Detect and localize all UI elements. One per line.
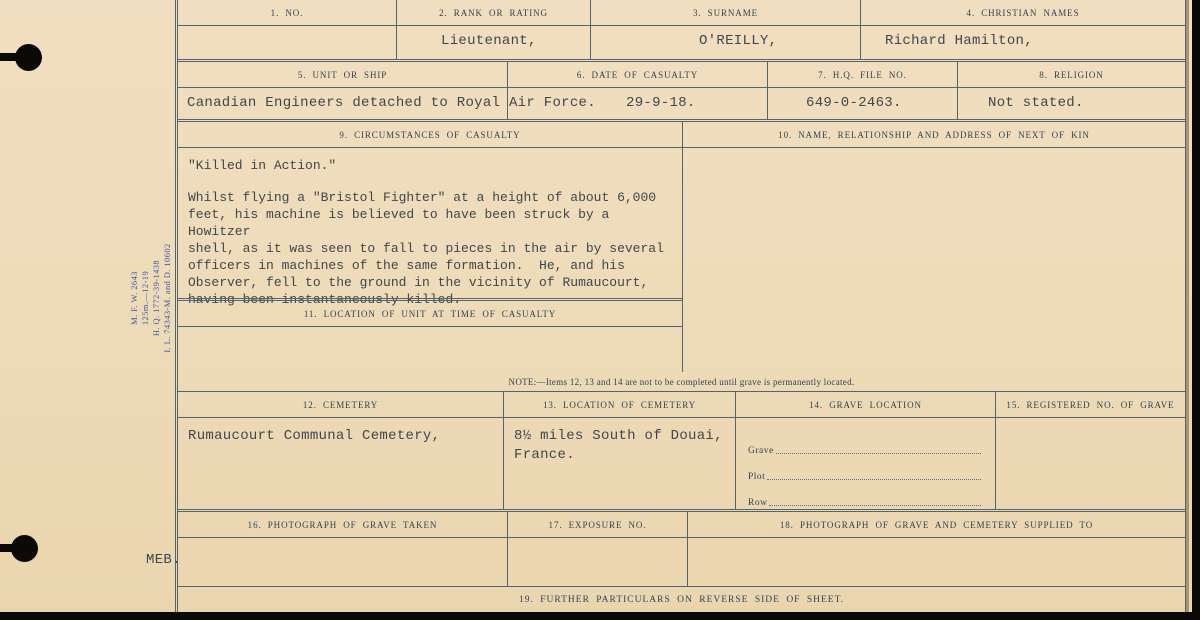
field-unit-location: 11. LOCATION OF UNIT AT TIME OF CASUALTY xyxy=(178,298,682,372)
form-row-photograph: 16. PHOTOGRAPH OF GRAVE TAKEN 17. EXPOSU… xyxy=(178,512,1185,586)
field-cemetery-location-value: 8½ miles South of Douai, France. xyxy=(514,428,723,463)
field-exposure-no-label: 17. EXPOSURE NO. xyxy=(508,512,687,538)
form-row-circumstances: 9. CIRCUMSTANCES OF CASUALTY "Killed in … xyxy=(178,122,1185,372)
scan-edge-right xyxy=(1192,0,1200,620)
punch-hole-top xyxy=(15,44,42,71)
field-unit-label: 5. UNIT OR SHIP xyxy=(178,62,507,88)
field-cemetery-location-label: 13. LOCATION OF CEMETERY xyxy=(504,392,735,418)
field-date-label: 6. DATE OF CASUALTY xyxy=(508,62,767,88)
grave-word: Grave xyxy=(748,446,774,456)
stamp-line: 125m.—12-19 xyxy=(140,228,151,368)
field-christian-names-label: 4. CHRISTIAN NAMES xyxy=(861,0,1185,26)
field-cemetery: 12. CEMETERY Rumaucourt Communal Cemeter… xyxy=(178,392,504,509)
grave-note: NOTE:—Items 12, 13 and 14 are not to be … xyxy=(178,372,1185,392)
field-date-value: 29-9-18. xyxy=(508,88,696,111)
punch-stem xyxy=(0,544,15,552)
field-hq-file-label: 7. H.Q. FILE NO. xyxy=(768,62,957,88)
stamp-line: H. Q. 1772-39-1438 xyxy=(151,228,162,368)
field-grave-location: 14. GRAVE LOCATION Grave Plot Row xyxy=(736,392,996,509)
scanned-casualty-card: M. F. W. 2643 125m.—12-19 H. Q. 1772-39-… xyxy=(0,0,1200,620)
field-registered-grave-no-value xyxy=(996,418,1185,509)
field-religion-value: Not stated. xyxy=(958,88,1084,111)
field-photo-taken: 16. PHOTOGRAPH OF GRAVE TAKEN xyxy=(178,512,508,586)
field-grave-location-label: 14. GRAVE LOCATION xyxy=(736,392,995,418)
field-exposure-no: 17. EXPOSURE NO. xyxy=(508,512,688,586)
circumstances-text: Whilst flying a "Bristol Fighter" at a h… xyxy=(188,189,674,308)
field-photo-taken-label: 16. PHOTOGRAPH OF GRAVE TAKEN xyxy=(178,512,507,538)
stamp-line: I. L. 74343-M. and D. 10602 xyxy=(162,228,173,368)
field-no: 1. NO. xyxy=(178,0,397,59)
punch-stem xyxy=(0,53,19,61)
field-surname-label: 3. SURNAME xyxy=(591,0,860,26)
form-row-cemetery: 12. CEMETERY Rumaucourt Communal Cemeter… xyxy=(178,392,1185,512)
card-edge xyxy=(1186,0,1189,620)
field-unit-location-value xyxy=(178,327,682,372)
field-rank-label: 2. RANK OR RATING xyxy=(397,0,590,26)
dotted-fill-line xyxy=(767,479,981,480)
field-no-value xyxy=(178,32,198,39)
field-unit-location-label: 11. LOCATION OF UNIT AT TIME OF CASUALTY xyxy=(178,301,682,327)
field-unit: 5. UNIT OR SHIP Canadian Engineers detac… xyxy=(178,62,508,119)
field-next-of-kin-value xyxy=(683,148,1185,372)
dotted-fill-line xyxy=(769,505,981,506)
field-surname: 3. SURNAME O'REILLY, xyxy=(591,0,861,59)
field-circumstances-label: 9. CIRCUMSTANCES OF CASUALTY xyxy=(178,122,682,148)
field-hq-file-no: 7. H.Q. FILE NO. 649-0-2463. xyxy=(768,62,958,119)
punch-hole-bottom xyxy=(11,535,38,562)
form-footer: 19. FURTHER PARTICULARS ON REVERSE SIDE … xyxy=(178,586,1185,612)
field-no-label: 1. NO. xyxy=(178,0,396,26)
circumstances-quote: "Killed in Action." xyxy=(188,158,674,173)
field-photo-supplied-to-label: 18. PHOTOGRAPH OF GRAVE AND CEMETERY SUP… xyxy=(688,512,1185,538)
stamp-line: M. F. W. 2643 xyxy=(129,228,140,368)
field-rank-value: Lieutenant, xyxy=(397,26,537,49)
field-religion: 8. RELIGION Not stated. xyxy=(958,62,1185,119)
field-cemetery-value: Rumaucourt Communal Cemetery, xyxy=(188,428,440,444)
scan-edge-bottom xyxy=(0,612,1200,620)
field-photo-supplied-to: 18. PHOTOGRAPH OF GRAVE AND CEMETERY SUP… xyxy=(688,512,1185,586)
field-christian-names-value: Richard Hamilton, xyxy=(861,26,1033,49)
form-row-identity: 1. NO. 2. RANK OR RATING Lieutenant, 3. … xyxy=(178,0,1185,62)
field-circumstances: 9. CIRCUMSTANCES OF CASUALTY "Killed in … xyxy=(178,122,683,372)
field-religion-label: 8. RELIGION xyxy=(958,62,1185,88)
dotted-fill-line xyxy=(776,453,981,454)
grave-location-row: Grave xyxy=(748,430,985,456)
field-hq-file-value: 649-0-2463. xyxy=(768,88,902,111)
row-word: Row xyxy=(748,498,767,508)
field-date-of-casualty: 6. DATE OF CASUALTY 29-9-18. xyxy=(508,62,768,119)
field-rank: 2. RANK OR RATING Lieutenant, xyxy=(397,0,591,59)
field-registered-grave-no-label: 15. REGISTERED NO. OF GRAVE xyxy=(996,392,1185,418)
field-christian-names: 4. CHRISTIAN NAMES Richard Hamilton, xyxy=(861,0,1185,59)
field-surname-value: O'REILLY, xyxy=(591,26,777,49)
form-number-stamp: M. F. W. 2643 125m.—12-19 H. Q. 1772-39-… xyxy=(129,228,175,368)
field-registered-grave-no: 15. REGISTERED NO. OF GRAVE xyxy=(996,392,1185,509)
field-next-of-kin: 10. NAME, RELATIONSHIP AND ADDRESS OF NE… xyxy=(683,122,1185,372)
grave-location-row: Plot xyxy=(748,456,985,482)
casualty-form: 1. NO. 2. RANK OR RATING Lieutenant, 3. … xyxy=(175,0,1186,612)
margin-annotation: MEB. xyxy=(146,552,1200,568)
plot-word: Plot xyxy=(748,472,765,482)
form-row-unit: 5. UNIT OR SHIP Canadian Engineers detac… xyxy=(178,62,1185,122)
field-cemetery-location: 13. LOCATION OF CEMETERY 8½ miles South … xyxy=(504,392,736,509)
field-next-of-kin-label: 10. NAME, RELATIONSHIP AND ADDRESS OF NE… xyxy=(683,122,1185,148)
grave-location-row: Row xyxy=(748,482,985,508)
field-cemetery-label: 12. CEMETERY xyxy=(178,392,503,418)
